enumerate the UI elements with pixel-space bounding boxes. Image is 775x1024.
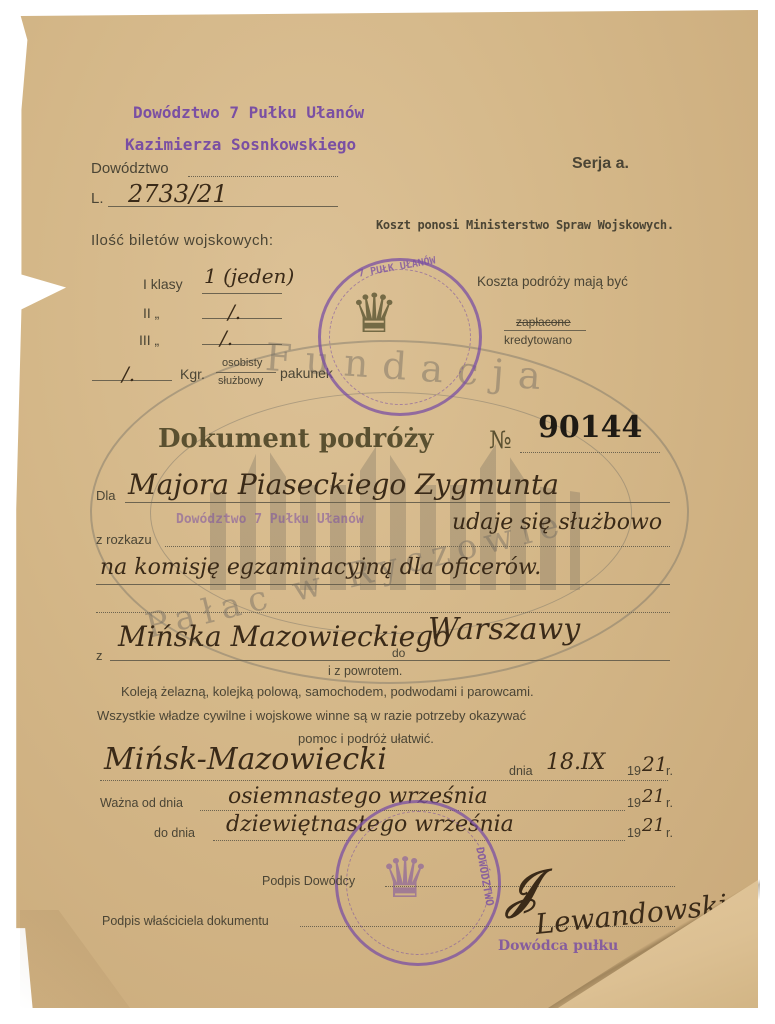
year-suffix: r. [666,764,673,778]
for-value: Majora Piaseckiego Zygmunta [128,468,559,501]
valid-to-label: do dnia [154,826,195,840]
route-line [110,660,670,661]
series-label: Serja a. [572,155,629,173]
class3-label: III „ [139,332,159,348]
baggage-value: /. [122,362,135,386]
day-label: dnia [509,764,533,778]
document-number: 90144 [538,410,642,445]
purpose-line [96,584,670,585]
option-credited: kredytowano [504,333,572,347]
for-label: Dla [96,488,116,503]
commander-signature-label: Podpis Dowódcy [262,874,355,888]
order-line [165,546,670,547]
valid-to-year-suffix: r. [666,826,673,840]
command-line [188,176,338,177]
from-label: z [96,648,103,663]
baggage-kg-label: Kgr. [180,366,205,382]
header-stamp-line1: Dowództwo 7 Pułku Ułanów [133,103,364,122]
class3-value: /. [220,326,233,350]
order-value: udaje się służbowo [452,510,662,535]
class2-value: /. [228,300,241,324]
valid-from-year-prefix: 19 [627,796,641,810]
class2-label: II „ [143,305,159,321]
ref-value: 2733/21 [128,180,228,208]
cost-notice: Koszt ponosi Ministerstwo Spraw Wojskowy… [376,218,674,232]
document-title: Dokument podróży [158,424,433,454]
stamp-eagle-icon: ♛ [380,845,430,911]
to-label: do [392,646,405,660]
return-text: i z powrotem. [328,664,402,678]
blank-line [96,612,670,613]
owner-signature-label: Podpis właściciela dokumentu [102,914,269,928]
class2-line [202,318,282,319]
place-value: Mińsk-Mazowiecki [104,742,387,777]
number-line [520,452,660,453]
order-label: z rozkazu [96,532,152,547]
class1-label: I klasy [143,276,183,292]
travel-costs-divider [504,330,586,331]
number-sign: № [489,426,512,454]
place-line [100,780,668,781]
day-value: 18.IX [546,750,605,775]
valid-to-year: 21 [642,815,665,836]
baggage-service-label: służbowy [218,375,263,387]
valid-from-year-suffix: r. [666,796,673,810]
valid-from-label: Ważna od dnia [100,796,183,810]
to-value: Warszawy [428,612,580,647]
transport-text: Koleją żelazną, kolejką polową, samochod… [121,684,534,699]
authorities-text-1: Wszystkie władze cywilne i wojskowe winn… [97,708,526,723]
commander-title-stamp: Dowódca pułku [498,938,618,954]
ref-label: L. [91,190,104,207]
travel-costs-label: Koszta podróży mają być [477,274,628,289]
command-label: Dowództwo [91,160,169,177]
class3-line [202,344,282,345]
tickets-label: Ilość biletów wojskowych: [91,232,274,249]
baggage-split-line [216,372,276,373]
option-paid: zapłacone [516,315,571,329]
valid-from-year: 21 [642,786,665,807]
valid-to-year-prefix: 19 [627,826,641,840]
order-stamp: Dowództwo 7 Pułku Ułanów [176,512,364,527]
purpose-value: na komisję egzaminacyjną dla oficerów. [100,555,541,580]
year-value: 21 [642,752,667,776]
year-prefix: 19 [627,764,641,778]
baggage-personal-label: osobisty [222,357,262,369]
eagle-emblem-icon: ♛ [350,282,398,345]
class1-value: 1 (jeden) [204,264,294,288]
class1-line [202,293,282,294]
for-line [125,502,670,503]
round-stamp-top [318,258,482,416]
header-stamp-line2: Kazimierza Sosnkowskiego [125,135,356,154]
